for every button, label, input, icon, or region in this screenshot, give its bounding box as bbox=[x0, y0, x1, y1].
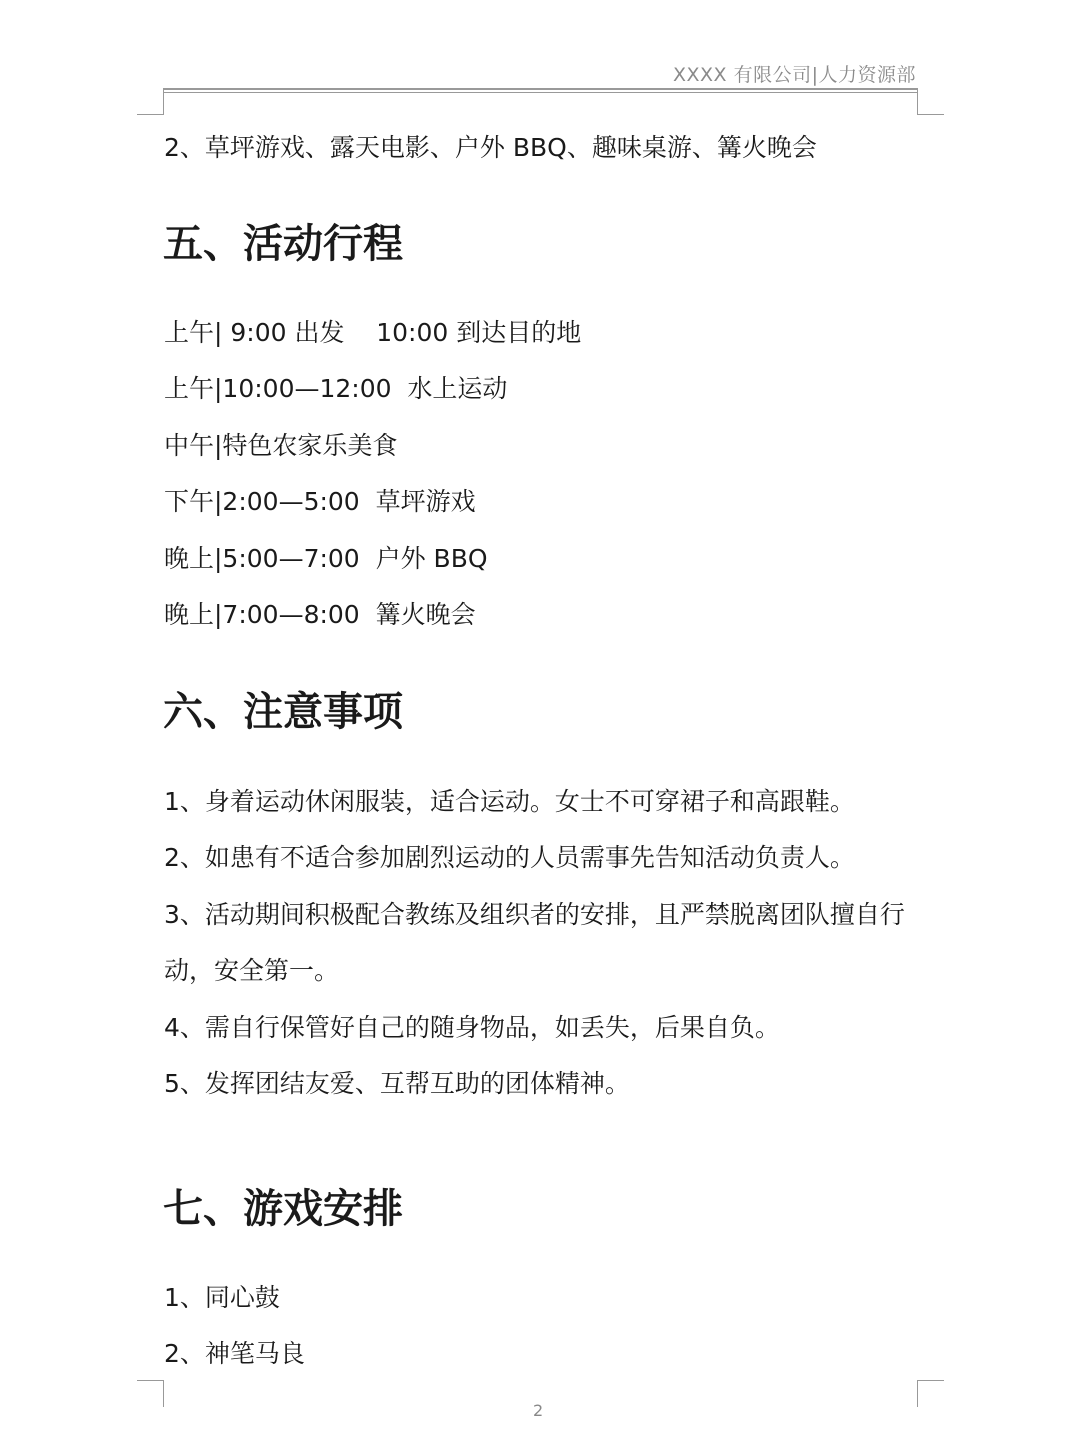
notes-item-continued: 动，安全第一。 bbox=[164, 951, 339, 987]
schedule-item: 晚上|7:00—8:00 篝火晚会 bbox=[164, 595, 476, 631]
game-item: 1、同心鼓 bbox=[164, 1278, 280, 1314]
section-title-notes: 六、注意事项 bbox=[163, 680, 403, 737]
section-title-games: 七、游戏安排 bbox=[163, 1177, 403, 1234]
schedule-item: 上午|10:00—12:00 水上运动 bbox=[164, 369, 507, 405]
section-title-schedule: 五、活动行程 bbox=[163, 212, 403, 269]
game-item: 2、神笔马良 bbox=[164, 1334, 305, 1370]
schedule-item: 晚上|5:00—7:00 户外 BBQ bbox=[164, 539, 488, 575]
notes-item: 4、需自行保管好自己的随身物品，如丢失，后果自负。 bbox=[164, 1008, 780, 1044]
crop-mark-top-right bbox=[917, 88, 944, 115]
schedule-item: 上午| 9:00 出发 10:00 到达目的地 bbox=[164, 313, 581, 349]
header-rule-top bbox=[163, 88, 917, 90]
crop-mark-bottom-left bbox=[137, 1380, 164, 1407]
schedule-item: 中午|特色农家乐美食 bbox=[164, 426, 397, 462]
schedule-item: 下午|2:00—5:00 草坪游戏 bbox=[164, 482, 476, 518]
notes-item: 1、身着运动休闲服装，适合运动。女士不可穿裙子和高跟鞋。 bbox=[164, 782, 855, 818]
crop-mark-top-left bbox=[137, 88, 164, 115]
header-text: XXXX 有限公司|人力资源部 bbox=[673, 60, 916, 87]
activity-list-line: 2、草坪游戏、露天电影、户外 BBQ、趣味桌游、篝火晚会 bbox=[164, 128, 817, 164]
crop-mark-bottom-right bbox=[917, 1380, 944, 1407]
header-rule-bottom bbox=[163, 92, 917, 93]
notes-item: 3、活动期间积极配合教练及组织者的安排，且严禁脱离团队擅自行 bbox=[164, 895, 905, 931]
notes-item: 2、如患有不适合参加剧烈运动的人员需事先告知活动负责人。 bbox=[164, 838, 855, 874]
notes-item: 5、发挥团结友爱、互帮互助的团体精神。 bbox=[164, 1064, 630, 1100]
page-number: 2 bbox=[533, 1401, 543, 1420]
